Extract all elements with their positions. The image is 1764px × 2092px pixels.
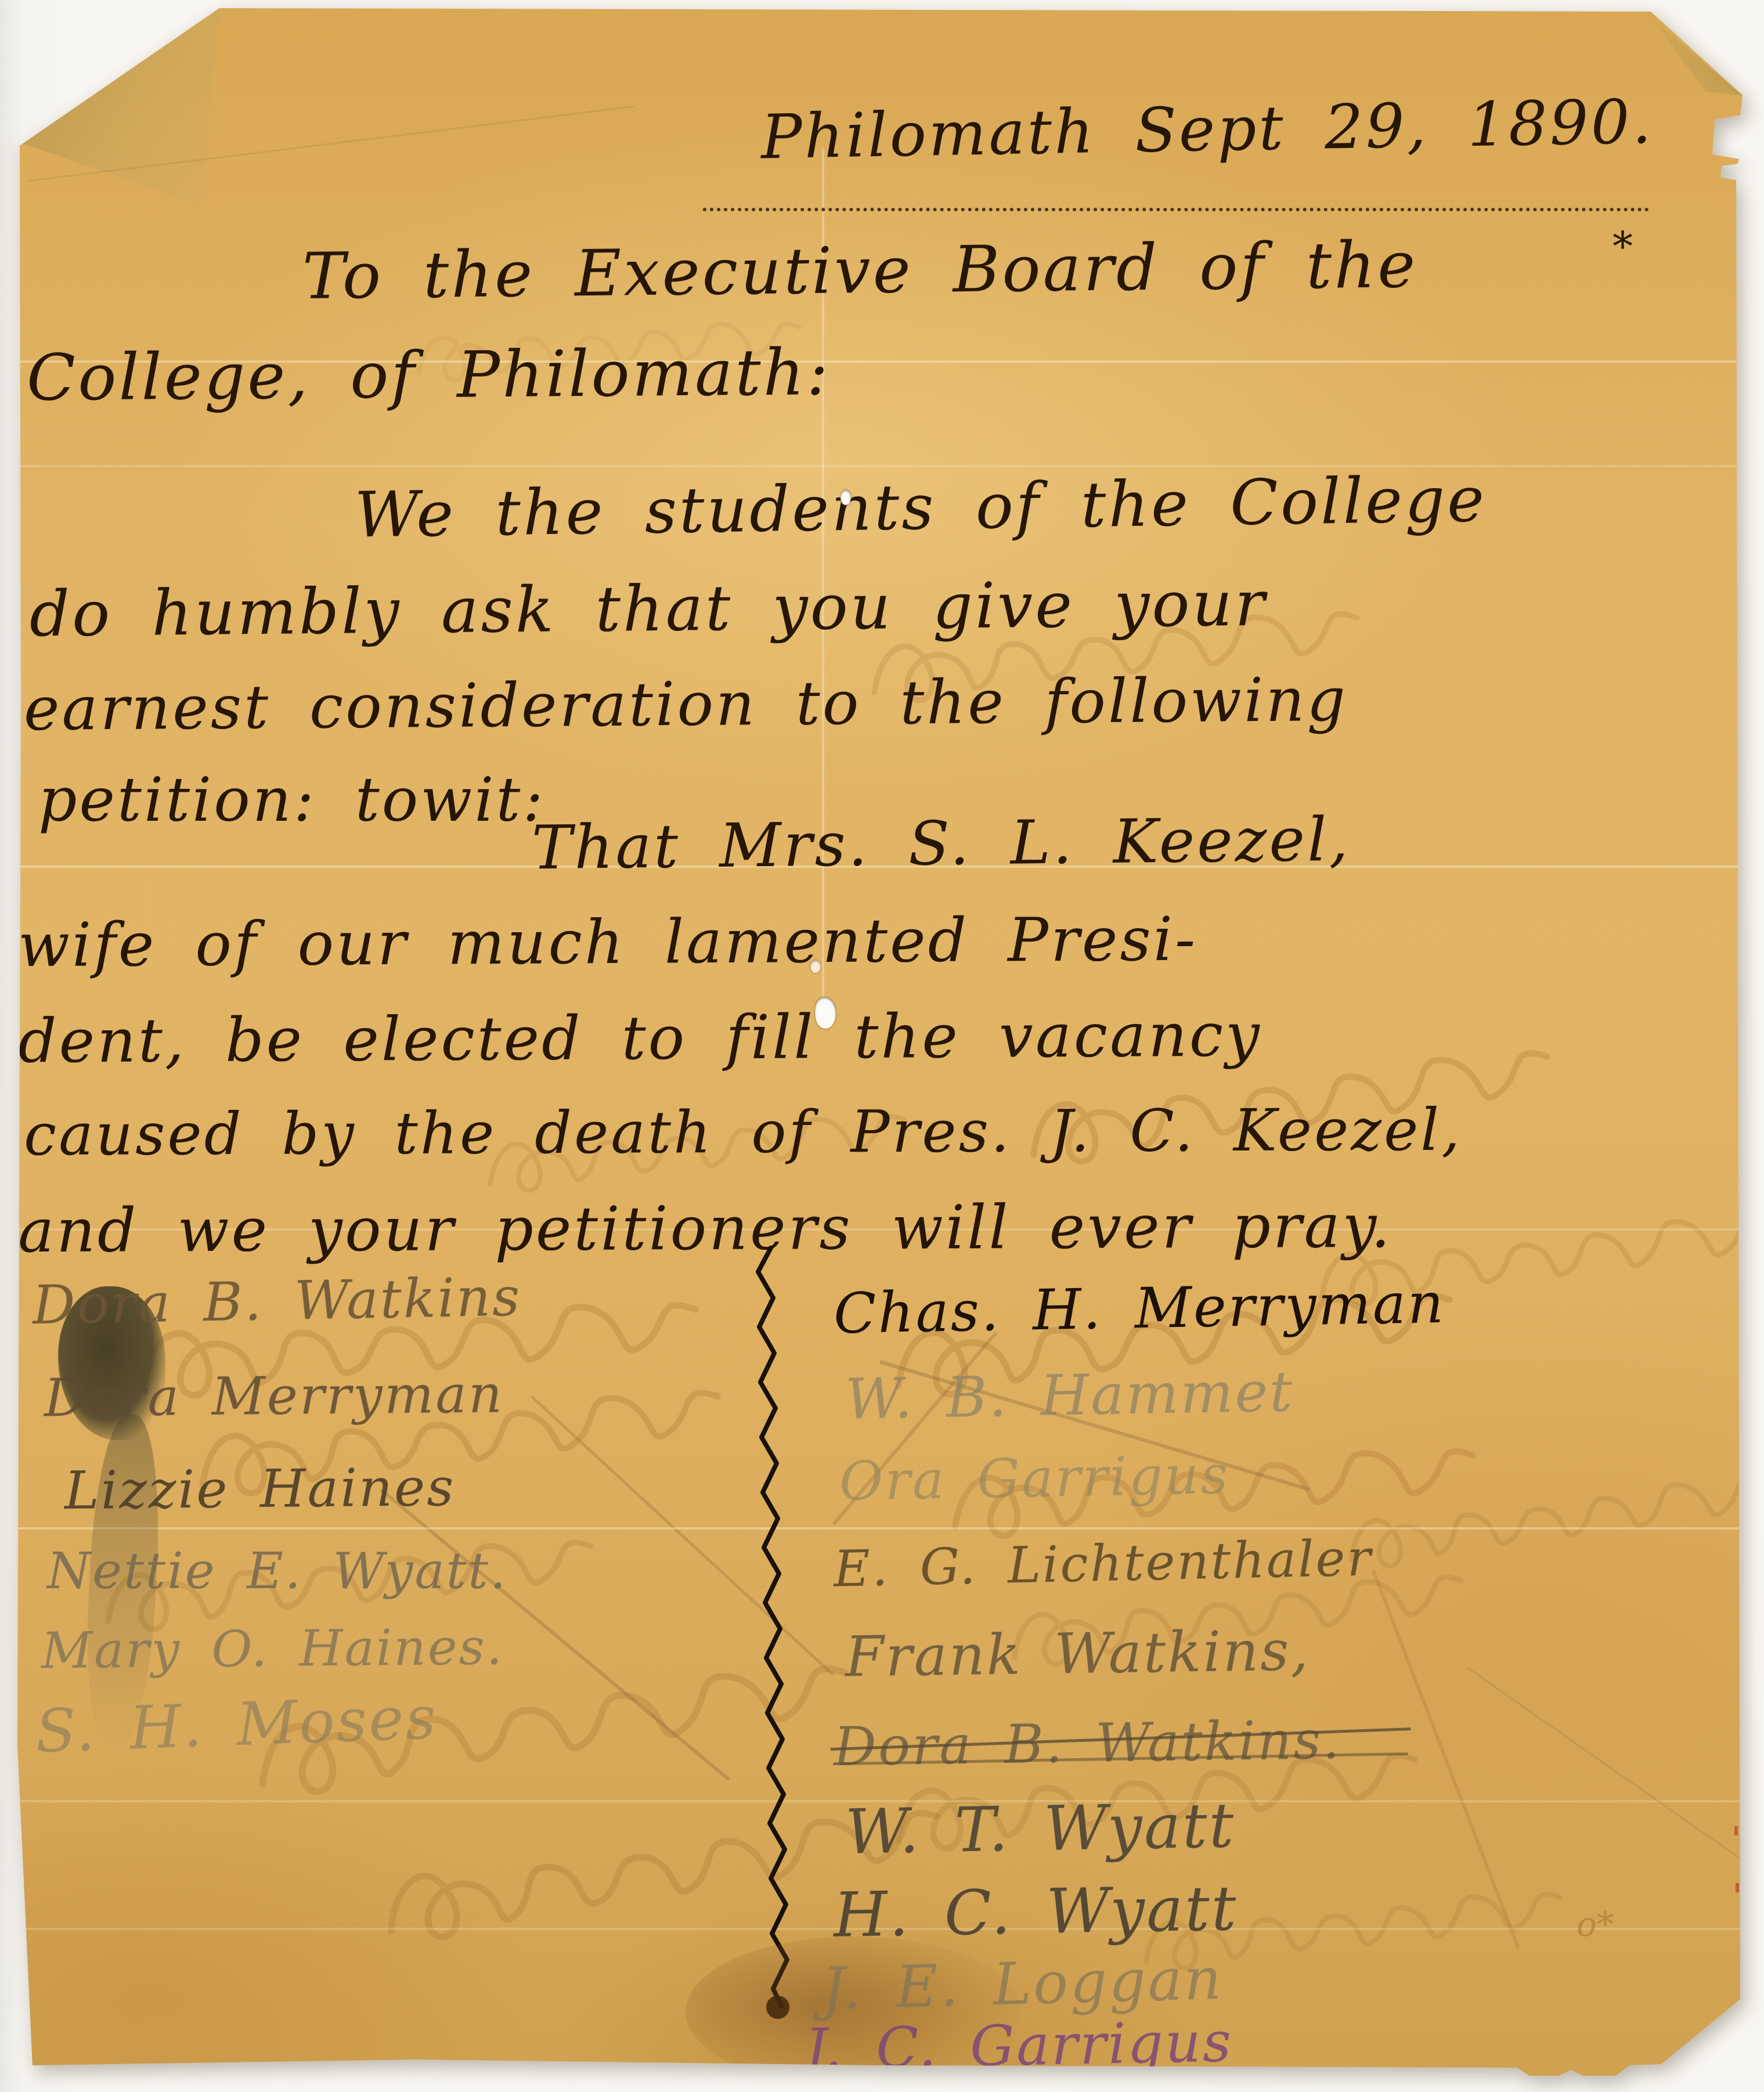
signature-left-4: Nettie E. Wyatt. — [47, 1546, 507, 1596]
body-line-4: petition: towit: — [38, 770, 545, 830]
signature-right-4: E. G. Lichtenthaler — [833, 1533, 1373, 1594]
red-edge-mark — [1734, 1826, 1738, 1835]
signature-right-8: H. C. Wyatt — [833, 1878, 1238, 1946]
body-line-2: do humbly ask that you give your — [30, 573, 1268, 647]
dateline: Philomath Sept 29, 1890. — [760, 92, 1654, 168]
signature-brace — [748, 1246, 800, 2024]
signature-right-3: Ora Garrigus — [839, 1448, 1230, 1509]
letter-paper: Philomath Sept 29, 1890. * To the Execut… — [9, 3, 1745, 2076]
body-line-1: We the students of the College — [354, 468, 1487, 547]
red-edge-mark — [1736, 1883, 1739, 1892]
salutation-line-1: To the Executive Board of the — [302, 233, 1417, 308]
signature-left-3: Lizzie Haines — [64, 1462, 456, 1517]
body-line-3: earnest consideration to the following — [24, 669, 1348, 739]
signature-left-1: Dora B. Watkins — [32, 1271, 522, 1333]
date-asterisk: * — [1613, 223, 1633, 270]
signature-left-5: Mary O. Haines. — [41, 1622, 504, 1676]
signature-right-10: J. C. Garrigus — [804, 2014, 1233, 2077]
scan-background: { "document": { "dateline": "Philomath S… — [0, 0, 1764, 2092]
crease — [9, 1527, 1745, 1530]
signature-left-6: S. H. Moses — [34, 1689, 438, 1762]
date-underline — [703, 208, 1649, 211]
signature-right-7: W. T. Wyatt — [845, 1795, 1236, 1863]
paper-hole — [810, 960, 821, 973]
bottom-faint-mark: o* — [1577, 1905, 1614, 1944]
salutation-line-2: College, of Philomath: — [27, 340, 831, 410]
signature-right-2: W. B. Hammet — [845, 1364, 1294, 1427]
body-line-7: dent, be elected to fill the vacancy — [18, 1004, 1262, 1071]
signature-right-5: Frank Watkins, — [845, 1622, 1310, 1685]
signature-left-2: Dora Merryman — [44, 1369, 504, 1425]
paper-hole — [815, 997, 836, 1029]
paper-hole — [840, 490, 851, 505]
letter-paper-wrap: Philomath Sept 29, 1890. * To the Execut… — [9, 3, 1745, 2079]
body-line-9: and we your petitioners will ever pray. — [18, 1196, 1393, 1261]
signature-right-9: J. E. Loggan — [821, 1950, 1224, 2018]
signature-right-1: Chas. H. Merryman — [833, 1275, 1445, 1341]
body-line-5: That Mrs. S. L. Keezel, — [531, 809, 1350, 878]
body-line-8: caused by the death of Pres. J. C. Keeze… — [24, 1101, 1462, 1164]
signature-right-6-struck: Dora B. Watkins. — [833, 1714, 1341, 1774]
body-line-6: wife of our much lamented Presi- — [18, 909, 1198, 976]
